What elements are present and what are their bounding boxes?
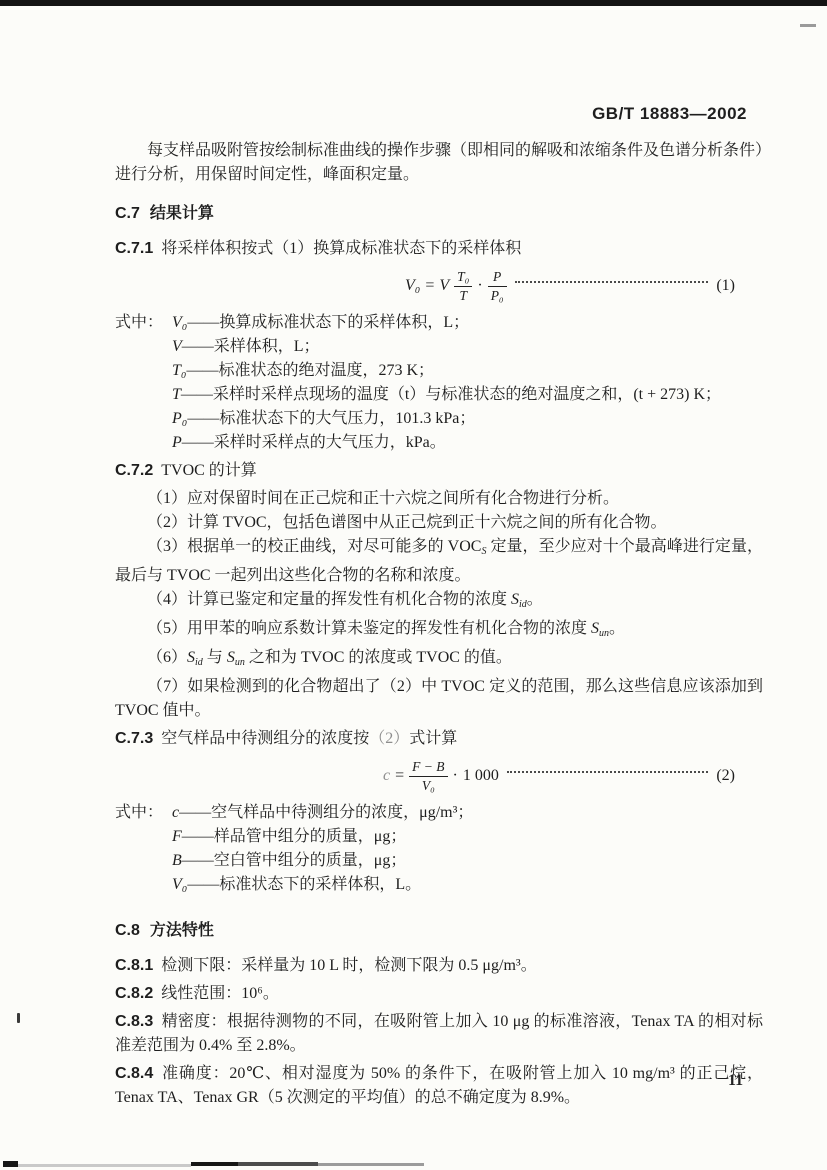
- clause-c72-number: C.7.2: [115, 462, 153, 479]
- clause-c81: C.8.1检测下限：采样量为 10 L 时，检测下限为 0.5 μg/m³。: [115, 954, 763, 978]
- list-item: （4）计算已鉴定和定量的挥发性有机化合物的浓度 Sid。: [115, 588, 763, 617]
- standard-number-header: GB/T 18883—2002: [115, 102, 763, 126]
- def-row: B——空白管中组分的质量，μg；: [115, 849, 763, 873]
- equals-sign: =: [425, 274, 434, 298]
- formula-2-constant: 1 000: [463, 764, 499, 788]
- clause-c82: C.8.2线性范围：10⁶。: [115, 982, 763, 1006]
- clause-c71-text: 将采样体积按式（1）换算成标准状态下的采样体积: [161, 240, 521, 257]
- list-item: （1）应对保留时间在正己烷和正十六烷之间所有化合物进行分析。: [115, 487, 763, 511]
- formula-1-math: V₀ = V T₀T · PP₀: [405, 268, 507, 304]
- scan-bottom-edge: [238, 1162, 318, 1166]
- def-row: F——样品管中组分的质量，μg；: [115, 825, 763, 849]
- clause-c73-number: C.7.3: [115, 730, 153, 747]
- clause-c83-text: 精密度：根据待测物的不同，在吸附管上加入 10 μg 的标准溶液，Tenax T…: [115, 1013, 763, 1054]
- scan-bottom-edge: [318, 1163, 424, 1166]
- formula-2-fraction: F − BV₀: [409, 758, 447, 794]
- multiply-dot: ·: [477, 274, 482, 298]
- list-item: （5）用甲苯的响应系数计算未鉴定的挥发性有机化合物的浓度 Sun。: [115, 617, 763, 646]
- def-row: 式中：V₀——换算成标准状态下的采样体积，L；: [115, 311, 763, 335]
- document-page: GB/T 18883—2002 每支样品吸附管按绘制标准曲线的操作步骤（即相同的…: [115, 102, 763, 1114]
- heading-c7-title: 结果计算: [150, 205, 214, 222]
- formula-1-v: V: [439, 274, 449, 298]
- scan-bottom-edge: [3, 1161, 18, 1167]
- formula-2-label: (2): [716, 764, 735, 788]
- equals-sign: =: [395, 764, 404, 788]
- multiply-dot: ·: [453, 764, 458, 788]
- page-number: 11: [728, 1072, 743, 1090]
- heading-c7-number: C.7: [115, 205, 140, 222]
- heading-c7: C.7结果计算: [115, 202, 763, 226]
- scan-bottom-edge: [18, 1164, 191, 1167]
- formula-1: V₀ = V T₀T · PP₀ (1): [115, 268, 735, 304]
- scan-top-edge: [0, 0, 827, 6]
- def-row: T₀——标准状态的绝对温度，273 K；: [115, 359, 763, 383]
- list-item: （7）如果检测到的化合物超出了（2）中 TVOC 定义的范围，那么这些信息应该添…: [115, 675, 763, 723]
- clause-c72-title: TVOC 的计算: [161, 462, 257, 479]
- def-row: P——采样时采样点的大气压力，kPa。: [115, 431, 763, 455]
- def-row: V——采样体积，L；: [115, 335, 763, 359]
- heading-c8-number: C.8: [115, 922, 140, 939]
- intro-paragraph: 每支样品吸附管按绘制标准曲线的操作步骤（即相同的解吸和浓缩条件及色谱分析条件）进…: [115, 139, 763, 187]
- dot-leader: [515, 281, 709, 283]
- where-label: 式中：: [115, 801, 163, 825]
- clause-c73: C.7.3空气样品中待测组分的浓度按（2）式计算: [115, 727, 763, 751]
- formula-1-label: (1): [716, 274, 735, 298]
- list-item: （3）根据单一的校正曲线，对尽可能多的 VOCS 定量，至少应对十个最高峰进行定…: [115, 535, 763, 588]
- def-row: 式中：c——空气样品中待测组分的浓度，μg/m³；: [115, 801, 763, 825]
- formula-2-math: c = F − BV₀ · 1 000: [383, 758, 499, 794]
- heading-c8-title: 方法特性: [150, 922, 214, 939]
- scan-bottom-edge: [191, 1162, 238, 1166]
- clause-c83: C.8.3精密度：根据待测物的不同，在吸附管上加入 10 μg 的标准溶液，Te…: [115, 1010, 763, 1058]
- clause-c82-text: 线性范围：10⁶。: [161, 985, 279, 1002]
- clause-c71: C.7.1将采样体积按式（1）换算成标准状态下的采样体积: [115, 237, 763, 261]
- def-row: V₀——标准状态下的采样体积，L。: [115, 873, 763, 897]
- clause-c71-number: C.7.1: [115, 240, 153, 257]
- clause-c84-number: C.8.4: [115, 1065, 153, 1082]
- clause-c81-number: C.8.1: [115, 957, 153, 974]
- formula-2-reference: （2）: [369, 730, 409, 747]
- heading-c8: C.8方法特性: [115, 919, 763, 943]
- clause-c81-text: 检测下限：采样量为 10 L 时，检测下限为 0.5 μg/m³。: [161, 957, 536, 974]
- formula-1-fraction-p: PP₀: [488, 268, 507, 304]
- def-row: T——采样时采样点现场的温度（t）与标准状态的绝对温度之和，(t + 273) …: [115, 383, 763, 407]
- list-item: （2）计算 TVOC，包括色谱图中从正己烷到正十六烷之间的所有化合物。: [115, 511, 763, 535]
- formula-1-fraction-t: T₀T: [454, 268, 472, 304]
- dot-leader: [507, 771, 709, 773]
- formula-2-lhs: c: [383, 764, 390, 788]
- clause-c72: C.7.2TVOC 的计算: [115, 459, 763, 483]
- clause-c83-number: C.8.3: [115, 1013, 153, 1030]
- list-item: （6）Sid 与 Sun 之和为 TVOC 的浓度或 TVOC 的值。: [115, 646, 763, 675]
- def-row: P₀——标准状态下的大气压力，101.3 kPa；: [115, 407, 763, 431]
- clause-c82-number: C.8.2: [115, 985, 153, 1002]
- formula-1-lhs: V₀: [405, 274, 420, 298]
- scan-artifact-left: [17, 1013, 20, 1023]
- clause-c84-text: 准确度：20℃、相对湿度为 50% 的条件下，在吸附管上加入 10 mg/m³ …: [115, 1065, 763, 1106]
- formula-2: c = F − BV₀ · 1 000 (2): [115, 758, 735, 794]
- scan-artifact-top-right: [800, 24, 816, 27]
- clause-c84: C.8.4准确度：20℃、相对湿度为 50% 的条件下，在吸附管上加入 10 m…: [115, 1062, 763, 1110]
- where-label: 式中：: [115, 311, 163, 335]
